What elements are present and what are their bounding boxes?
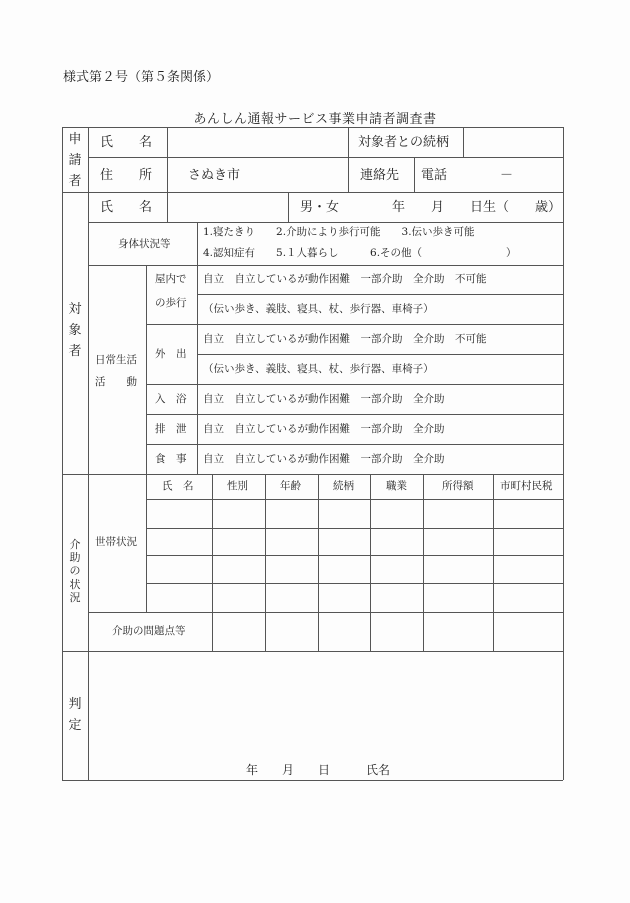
adl-outing-aids[interactable]: （伝い歩き、義肢、寝具、杖、歩行器、車椅子） [203,364,434,375]
form-number: 様式第２号（第５条関係） [63,66,219,85]
row-line [146,555,563,556]
care-problems-label: 介助の問題点等 [112,626,186,637]
phone-label: 電話 [421,169,447,182]
applicant-section-label: 申請者 [65,130,85,192]
col-header-relation: 続柄 [333,481,354,492]
subject-section-label: 対象者 [65,300,85,362]
col-line [423,474,424,651]
row-line [88,222,563,223]
judgment-date-signature[interactable]: 年 月 日 氏名 [246,764,390,776]
judgment-section-label: 判定 [65,695,85,737]
col-header-income: 所得額 [442,481,474,492]
physical-options-row2[interactable]: 4.認知症有 5.１人暮らし 6.その他（ ） [203,248,517,259]
adl-toileting-label: 排 泄 [155,424,187,435]
judgment-field[interactable] [91,654,561,754]
physical-condition-label: 身体状況等 [118,239,171,250]
address-value[interactable]: さぬき市 [188,169,240,182]
col-line [197,222,198,474]
adl-eating-label: 食 事 [155,454,187,465]
contact-label: 連絡先 [360,169,399,182]
adl-indoor-aids[interactable]: （伝い歩き、義肢、寝具、杖、歩行器、車椅子） [203,304,434,315]
row-line [146,583,563,584]
col-line [370,474,371,651]
adl-label-2: 活 動 [95,377,137,388]
row-line [146,384,563,385]
relation-field[interactable] [466,130,561,154]
relation-label: 対象者との続柄 [358,136,449,149]
adl-bathing-label: 入 浴 [155,394,187,405]
adl-indoor-options[interactable]: 自立 自立しているが動作困難 一部介助 全介助 不可能 [203,274,487,285]
document-title: あんしん通報サービス事業申請者調査書 [0,108,630,127]
col-line [265,474,266,651]
adl-indoor-label: 屋内で [155,274,187,285]
adl-outing-options[interactable]: 自立 自立しているが動作困難 一部介助 全介助 不可能 [203,334,487,345]
col-line [493,474,494,651]
physical-options-row1[interactable]: 1.寝たきり 2.介助により歩行可能 3.伝い歩き可能 [203,227,475,238]
phone-field[interactable]: － [500,169,513,182]
applicant-name-field[interactable] [170,130,345,154]
col-line [288,192,289,222]
row-line [146,444,563,445]
adl-outing-label: 外 出 [155,349,187,360]
col-header-sex: 性別 [227,481,248,492]
row-line [146,499,563,500]
table-border-bottom [62,780,563,781]
row-line [197,354,563,355]
row-line [88,157,563,158]
table-border-top [62,127,563,128]
col-header-occupation: 職業 [386,481,407,492]
subject-name-label: 氏 名 [100,201,152,214]
table-border-left [62,127,63,780]
col-line [167,127,168,222]
household-label: 世帯状況 [95,537,137,548]
col-line [212,474,213,651]
row-line [88,612,563,613]
table-border-right [563,127,564,780]
col-header-tax: 市町村民税 [500,481,553,492]
adl-indoor-label-2: の歩行 [155,298,187,309]
adl-label: 日常生活 [95,355,137,366]
col-header-age: 年齢 [280,481,301,492]
section-divider [88,127,89,780]
row-line [62,474,563,475]
adl-bathing-options[interactable]: 自立 自立しているが動作困難 一部介助 全介助 [203,394,445,405]
row-line [197,294,563,295]
applicant-address-label: 住 所 [100,169,152,182]
col-line [146,265,147,474]
subject-name-field[interactable] [170,195,285,219]
row-line [146,528,563,529]
row-line [62,651,563,652]
row-line [146,414,563,415]
col-line [463,127,464,157]
col-header-name: 氏 名 [162,481,194,492]
col-line [146,474,147,612]
col-line [318,474,319,651]
adl-eating-options[interactable]: 自立 自立しているが動作困難 一部介助 全介助 [203,454,445,465]
sex-selector[interactable]: 男・女 [300,201,339,214]
row-line [62,192,563,193]
birthdate-field[interactable]: 年 月 日生（ 歳） [392,201,561,214]
adl-toileting-options[interactable]: 自立 自立しているが動作困難 一部介助 全介助 [203,424,445,435]
care-section-label: 介助の状況 [68,538,82,604]
col-line [414,157,415,192]
col-line [348,127,349,192]
row-line [88,265,563,266]
applicant-name-label: 氏 名 [100,136,152,149]
row-line [146,324,563,325]
